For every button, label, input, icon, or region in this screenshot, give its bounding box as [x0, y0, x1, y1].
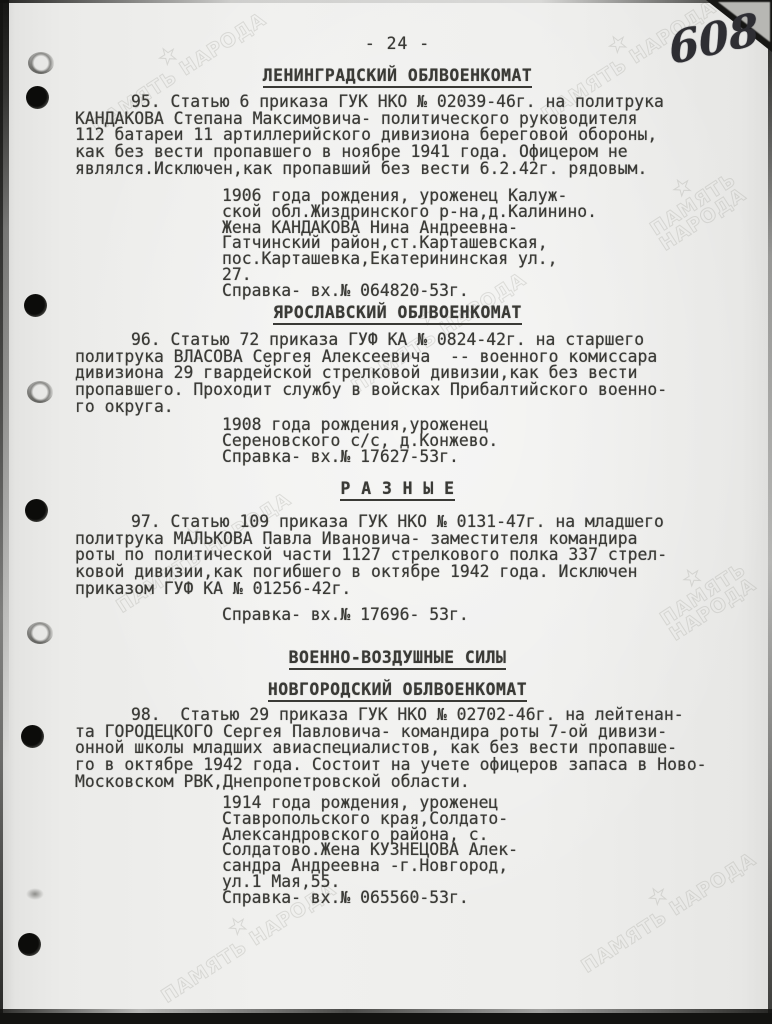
scanned-document-page: ★ПАМЯТЬ НАРОДА ★ПАМЯТЬ НАРОДА ★ПАМЯТЬ НА… [0, 0, 772, 1024]
entry-97-reference: Справка- вх.№ 17696- 53г. [222, 607, 702, 623]
section-heading-vvs: ВОЕННО-ВОЗДУШНЫЕ СИЛЫ [75, 648, 720, 670]
text-line: Московском РВК,Днепропетровской области. [75, 774, 735, 791]
punch-hole [21, 725, 44, 748]
text-line: пропавшего. Проходит службу в войсках Пр… [75, 382, 735, 399]
text-line: Справка- вх.№ 064820-53г. [222, 283, 702, 299]
text-line: Справка- вх.№ 17696- 53г. [222, 607, 702, 623]
punch-hole [25, 499, 48, 522]
heading-text: НОВГОРОДСКИЙ ОБЛВОЕНКОМАТ [268, 680, 527, 702]
heading-text: Р А З Н Ы Е [340, 479, 454, 501]
section-heading-leningrad: ЛЕНИНГРАДСКИЙ ОБЛВОЕНКОМАТ [75, 66, 720, 88]
entry-95-paragraph: 95. Статью 6 приказа ГУК НКО № 02039-46г… [75, 94, 735, 178]
scan-edge-left-line [0, 0, 3, 1024]
text-line: го округа. [75, 399, 735, 416]
heading-text: ВОЕННО-ВОЗДУШНЫЕ СИЛЫ [289, 648, 507, 670]
punch-hole [18, 933, 41, 956]
text-line: являлся.Исключен,как пропавший без вести… [75, 161, 735, 178]
punch-hole [24, 294, 47, 317]
entry-98-paragraph: 98. Статью 29 приказа ГУК НКО № 02702-46… [75, 707, 735, 791]
punch-hole [26, 86, 49, 109]
punch-hole [28, 52, 54, 74]
scan-edge-right [768, 0, 772, 1024]
entry-96-address: 1908 года рождения,уроженецСереновского … [222, 417, 702, 464]
punch-hole [27, 622, 53, 644]
entry-97-paragraph: 97. Статью 109 приказа ГУК НКО № 0131-47… [75, 514, 735, 598]
text-line: пос.Карташевка,Екатерининская ул., [222, 251, 702, 267]
entry-95-address: 1906 года рождения, уроженец Калуж-ской … [222, 188, 702, 299]
punch-hole [27, 381, 53, 403]
section-heading-yaroslavl: ЯРОСЛАВСКИЙ ОБЛВОЕНКОМАТ [75, 303, 720, 325]
text-line: приказом ГУФ КА № 01256-42г. [75, 581, 735, 598]
heading-text: ЛЕНИНГРАДСКИЙ ОБЛВОЕНКОМАТ [263, 66, 533, 88]
scan-edge-top [0, 0, 772, 3]
text-line: Справка- вх.№ 065560-53г. [222, 890, 702, 906]
section-heading-novgorod: НОВГОРОДСКИЙ ОБЛВОЕНКОМАТ [75, 680, 720, 702]
heading-text: ЯРОСЛАВСКИЙ ОБЛВОЕНКОМАТ [273, 303, 522, 325]
section-heading-raznye: Р А З Н Ы Е [75, 479, 720, 501]
entry-98-address: 1914 года рождения, уроженецСтавропольск… [222, 795, 702, 906]
ink-smudge [26, 888, 44, 900]
scan-edge-bottom [0, 1013, 772, 1024]
entry-96-paragraph: 96. Статью 72 приказа ГУФ КА № 0824-42г.… [75, 332, 735, 416]
text-line: Справка- вх.№ 17627-53г. [222, 449, 702, 465]
page-number: - 24 - [75, 34, 720, 53]
